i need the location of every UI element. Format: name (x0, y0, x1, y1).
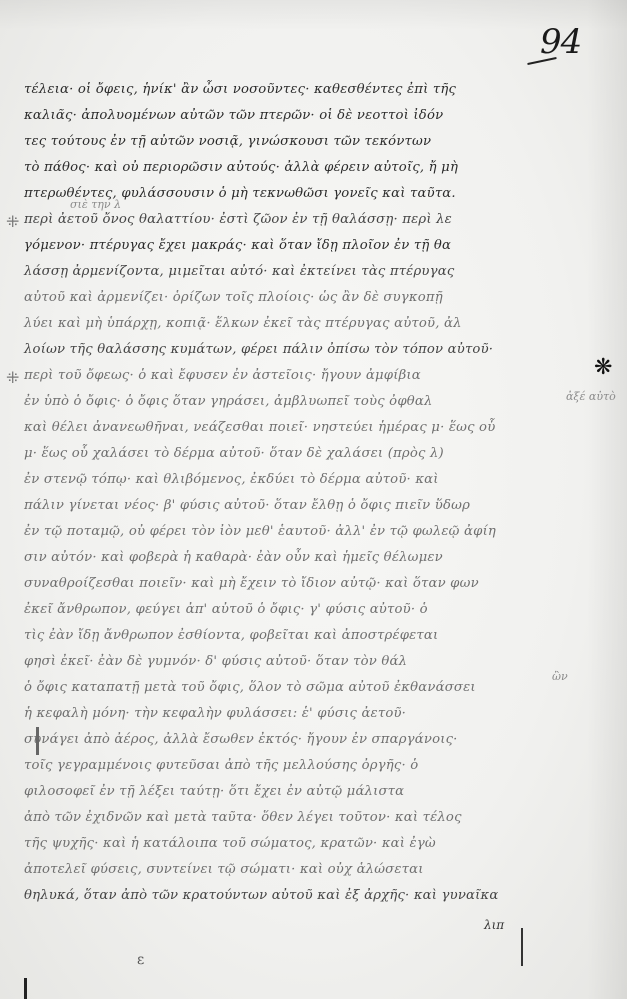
manuscript-line: τὶς ἐὰν ἴδῃ ἄνθρωπον ἐσθίοντα, φοβεῖται … (24, 628, 438, 643)
manuscript-line: λάσσῃ ἀρμενίζοντα, μιμεῖται αὐτό· καὶ ἐκ… (24, 264, 454, 279)
manuscript-line: ἀπὸ τῶν ἐχιδνῶν καὶ μετὰ ταῦτα· ὅθεν λέγ… (24, 810, 462, 825)
manuscript-line: τέλεια· οἱ ὄφεις, ἡνίκ' ἂν ὦσι νοσοῦντες… (24, 82, 456, 97)
manuscript-line: περὶ τοῦ ὄφεως· ὁ καὶ ἔφυσεν ἐν ἀστεῖοις… (24, 368, 421, 383)
manuscript-line: καλιᾶς· ἀπολυομένων αὐτῶν τῶν πτερῶν· οἱ… (24, 108, 443, 123)
manuscript-line: λύει καὶ μὴ ὑπάρχῃ, κοπιᾷ· ἕλκων ἐκεῖ τὰ… (24, 316, 462, 331)
manuscript-line: τες τούτους ἐν τῇ αὐτῶν νοσιᾷ, γινώσκουσ… (24, 134, 431, 149)
manuscript-line: ἡ κεφαλὴ μόνη· τὴν κεφαλὴν φυλάσσει: ἑ' … (24, 706, 406, 721)
right-margin-note: ἀξέ αὐτὸ (566, 390, 616, 403)
manuscript-line: θηλυκά, ὅταν ἀπὸ τῶν κρατούντων αὐτοῦ κα… (24, 888, 499, 903)
manuscript-line: μ· ἕως οὗ χαλάσει τὸ δέρμα αὐτοῦ· ὅταν δ… (24, 446, 444, 461)
manuscript-page: 94 τέλεια· οἱ ὄφεις, ἡνίκ' ἂν ὦσι νοσοῦν… (0, 0, 627, 999)
page-edge-shadow (0, 0, 627, 30)
manuscript-line: φιλοσοφεῖ ἐν τῇ λέξει ταύτῃ· ὅτι ἔχει ἐν… (24, 784, 404, 799)
manuscript-line: ἐκεῖ ἄνθρωπον, φεύγει ἀπ' αὐτοῦ ὁ ὄφις· … (24, 602, 428, 617)
manuscript-line: σιν αὐτόν· καὶ φοβερὰ ἡ καθαρὰ· ἐὰν οὖν … (24, 550, 443, 565)
manuscript-line: συνάγει ἀπὸ ἀέρος, ἀλλὰ ἔσωθεν ἐκτός· ἤγ… (24, 732, 458, 747)
manuscript-line: συναθροίζεσθαι ποιεῖν· καὶ μὴ ἔχειν τὸ ἴ… (24, 576, 479, 591)
manuscript-line: γόμενον· πτέρυγας ἔχει μακράς· καὶ ὅταν … (24, 238, 451, 253)
catchword-stroke (521, 928, 523, 966)
manuscript-line: λοίων τῆς θαλάσσης κυμάτων, φέρει πάλιν … (24, 342, 493, 357)
left-margin-sign-icon: ⁜ (6, 212, 19, 231)
manuscript-line: ἐν τῷ ποταμῷ, οὐ φέρει τὸν ἰὸν μεθ' ἑαυτ… (24, 524, 496, 539)
manuscript-line: ἐν ὑπὸ ὁ ὄφις· ὁ ὄφις ὅταν γηράσει, ἀμβλ… (24, 394, 433, 409)
right-margin-note: ὢν (552, 670, 568, 683)
manuscript-line: ἐν στενῷ τόπῳ· καὶ θλιβόμενος, ἐκδύει τὸ… (24, 472, 439, 487)
manuscript-line: τὸ πάθος· καὶ οὐ περιορῶσιν αὐτούς· ἀλλὰ… (24, 160, 458, 175)
right-margin-asterisk-icon: ❋ (594, 355, 612, 380)
manuscript-line: πάλιν γίνεται νέος· β' φύσις αὐτοῦ· ὅταν… (24, 498, 470, 513)
corner-mark (24, 978, 27, 999)
manuscript-line: φησὶ ἐκεῖ· ἐὰν δὲ γυμνόν· δ' φύσις αὐτοῦ… (24, 654, 407, 669)
manuscript-line: αὐτοῦ καὶ ἀρμενίζει· ὁρίζων τοῖς πλοίοις… (24, 290, 443, 305)
interlinear-note: σιὲ την λ (70, 198, 121, 211)
manuscript-line: περὶ ἀετοῦ ὄνος θαλαττίου· ἐστὶ ζῶον ἐν … (24, 212, 452, 227)
page-edge-shadow-right (587, 0, 627, 999)
margin-bracket (36, 727, 39, 755)
manuscript-line: τοῖς γεγραμμένοις φυτεῦσαι ἀπὸ τῆς μελλο… (24, 758, 418, 773)
manuscript-line: τῆς ψυχῆς· καὶ ἡ κατάλοιπα τοῦ σώματος, … (24, 836, 436, 851)
manuscript-line: ἀποτελεῖ φύσεις, συντείνει τῷ σώματι· κα… (24, 862, 424, 877)
manuscript-line: καὶ θέλει ἀνανεωθῆναι, νεάζεσθαι ποιεῖ· … (24, 420, 495, 435)
folio-number: 94 (540, 22, 581, 62)
left-margin-sign-icon: ⁜ (6, 368, 19, 387)
manuscript-line: ὁ ὄφις καταπατῇ μετὰ τοῦ ὄφις, ὅλον τὸ σ… (24, 680, 476, 695)
bottom-mark: ε (137, 952, 144, 968)
catchword: λιπ (484, 918, 504, 932)
